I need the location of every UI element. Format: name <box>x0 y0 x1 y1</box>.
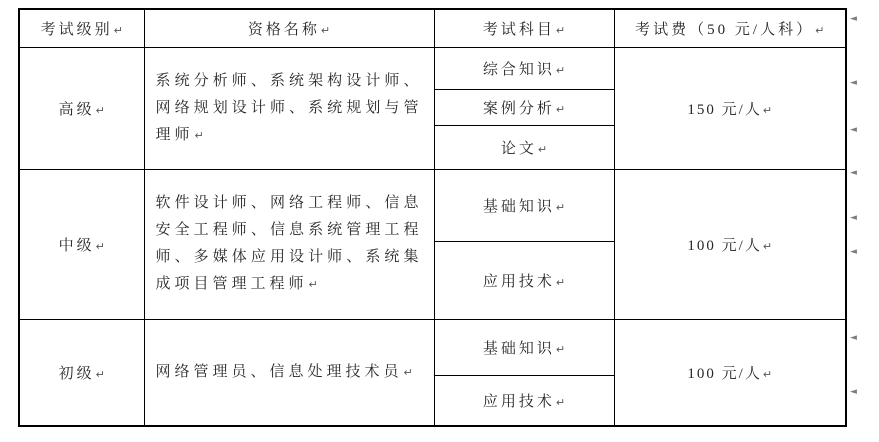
fee-label: 100 元/人 <box>687 366 761 382</box>
qualifications-cell-beginner: 网络管理员、信息处理技术员↵ <box>144 319 434 426</box>
qualifications-text: 软件设计师、网络工程师、信息安全工程师、信息系统管理工程师、多媒体应用设计师、系… <box>156 195 423 292</box>
subject-cell: 应用技术↵ <box>434 375 614 426</box>
row-end-mark-icon: ◄ <box>850 168 860 178</box>
table-row: 高级↵ 系统分析师、系统架构设计师、网络规划设计师、系统规划与管理师↵ 综合知识… <box>19 47 846 89</box>
subject-label: 综合知识 <box>483 62 555 78</box>
line-break-mark: ↵ <box>556 103 565 116</box>
level-cell-beginner: 初级↵ <box>19 319 144 426</box>
subject-label: 基础知识 <box>483 199 555 215</box>
level-cell-intermediate: 中级↵ <box>19 169 144 319</box>
line-break-mark: ↵ <box>195 129 204 142</box>
table-header-row: 考试级别↵ 资格名称↵ 考试科目↵ 考试费（50 元/人科）↵ <box>19 9 846 47</box>
line-break-mark: ↵ <box>309 278 318 291</box>
fee-cell-beginner: 100 元/人↵ <box>614 319 846 426</box>
header-label: 考试级别 <box>41 22 113 38</box>
level-cell-advanced: 高级↵ <box>19 47 144 169</box>
line-break-mark: ↵ <box>556 343 565 356</box>
header-label: 考试科目 <box>483 22 555 38</box>
line-break-mark: ↵ <box>556 24 565 37</box>
level-label: 中级 <box>59 238 95 254</box>
row-end-mark-icon: ◄ <box>850 387 860 397</box>
subject-cell: 综合知识↵ <box>434 47 614 89</box>
level-label: 初级 <box>59 366 95 382</box>
header-label: 考试费（50 元/人科） <box>635 22 814 38</box>
subject-cell: 基础知识↵ <box>434 319 614 375</box>
header-cell-exam-level: 考试级别↵ <box>19 9 144 47</box>
subject-label: 案例分析 <box>483 101 555 117</box>
header-cell-qualification-name: 资格名称↵ <box>144 9 434 47</box>
row-end-mark-icon: ◄ <box>850 213 860 223</box>
fee-label: 150 元/人 <box>687 102 761 118</box>
row-end-mark-icon: ◄ <box>850 333 860 343</box>
line-break-mark: ↵ <box>96 368 105 381</box>
qualifications-text: 网络管理员、信息处理技术员 <box>156 364 403 380</box>
line-break-mark: ↵ <box>763 104 772 117</box>
line-break-mark: ↵ <box>556 201 565 214</box>
table-row: 中级↵ 软件设计师、网络工程师、信息安全工程师、信息系统管理工程师、多媒体应用设… <box>19 169 846 241</box>
subject-label: 基础知识 <box>483 341 555 357</box>
subject-label: 应用技术 <box>483 394 555 410</box>
line-break-mark: ↵ <box>763 368 772 381</box>
table-row: 初级↵ 网络管理员、信息处理技术员↵ 基础知识↵ 100 元/人↵ <box>19 319 846 375</box>
exam-fee-table: 考试级别↵ 资格名称↵ 考试科目↵ 考试费（50 元/人科）↵ 高级↵ 系统分析… <box>18 8 847 427</box>
fee-cell-intermediate: 100 元/人↵ <box>614 169 846 319</box>
subject-label: 应用技术 <box>483 274 555 290</box>
line-break-mark: ↵ <box>96 240 105 253</box>
line-break-mark: ↵ <box>404 366 413 379</box>
row-end-mark-icon: ◄ <box>850 14 860 24</box>
fee-label: 100 元/人 <box>687 238 761 254</box>
row-end-mark-icon: ◄ <box>850 247 860 257</box>
header-cell-exam-subject: 考试科目↵ <box>434 9 614 47</box>
subject-cell: 论文↵ <box>434 125 614 169</box>
row-end-mark-icon: ◄ <box>850 78 860 88</box>
line-break-mark: ↵ <box>815 24 824 37</box>
header-label: 资格名称 <box>248 22 320 38</box>
line-break-mark: ↵ <box>763 240 772 253</box>
level-label: 高级 <box>59 102 95 118</box>
header-cell-exam-fee: 考试费（50 元/人科）↵ <box>614 9 846 47</box>
line-break-mark: ↵ <box>556 276 565 289</box>
qualifications-cell-advanced: 系统分析师、系统架构设计师、网络规划设计师、系统规划与管理师↵ <box>144 47 434 169</box>
subject-cell: 应用技术↵ <box>434 241 614 319</box>
line-break-mark: ↵ <box>96 104 105 117</box>
fee-cell-advanced: 150 元/人↵ <box>614 47 846 169</box>
qualifications-cell-intermediate: 软件设计师、网络工程师、信息安全工程师、信息系统管理工程师、多媒体应用设计师、系… <box>144 169 434 319</box>
subject-cell: 案例分析↵ <box>434 89 614 125</box>
line-break-mark: ↵ <box>556 396 565 409</box>
document-page: 考试级别↵ 资格名称↵ 考试科目↵ 考试费（50 元/人科）↵ 高级↵ 系统分析… <box>0 0 879 442</box>
row-end-mark-icon: ◄ <box>850 125 860 135</box>
line-break-mark: ↵ <box>321 24 330 37</box>
line-break-mark: ↵ <box>556 64 565 77</box>
line-break-mark: ↵ <box>538 143 547 156</box>
line-break-mark: ↵ <box>114 24 123 37</box>
subject-cell: 基础知识↵ <box>434 169 614 241</box>
subject-label: 论文 <box>501 141 537 157</box>
